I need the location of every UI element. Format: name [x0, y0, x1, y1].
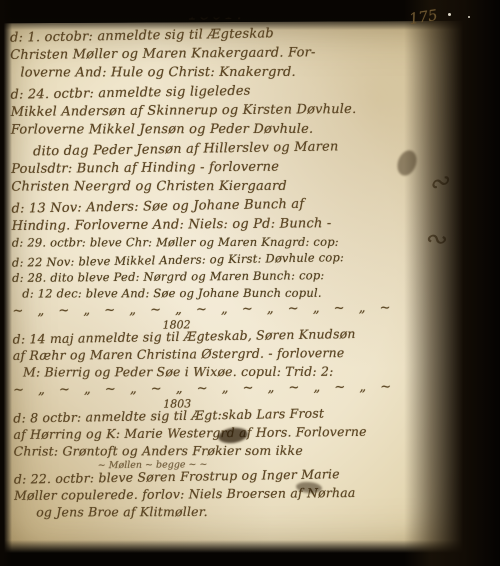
- photo-vignette-left: [0, 0, 12, 566]
- manuscript-line: og Jens Broe af Klitmøller.: [36, 502, 454, 521]
- dust-speck: [448, 13, 451, 16]
- flourish-divider: ~ „ ~ „ ~ „ ~ „ ~ „ ~ „ ~ „ ~ „ ~: [13, 380, 453, 398]
- dust-speck: [468, 16, 470, 18]
- manuscript-line: M: Bierrig og Peder Søe i Wixøe. copul: …: [23, 362, 453, 381]
- manuscript-text: 1801. d: 1. octobr: anmeldte sig til Ægt…: [10, 2, 454, 523]
- manuscript-line: d: 12 dec: bleve And: Søe og Johane Bunc…: [22, 284, 452, 302]
- flourish-divider: ~ „ ~ „ ~ „ ~ „ ~ „ ~ „ ~ „ ~ „ ~: [12, 301, 452, 319]
- scanned-parish-register-page: 1801. d: 1. octobr: anmeldte sig til Ægt…: [0, 0, 500, 566]
- photo-vignette-right: [404, 0, 500, 566]
